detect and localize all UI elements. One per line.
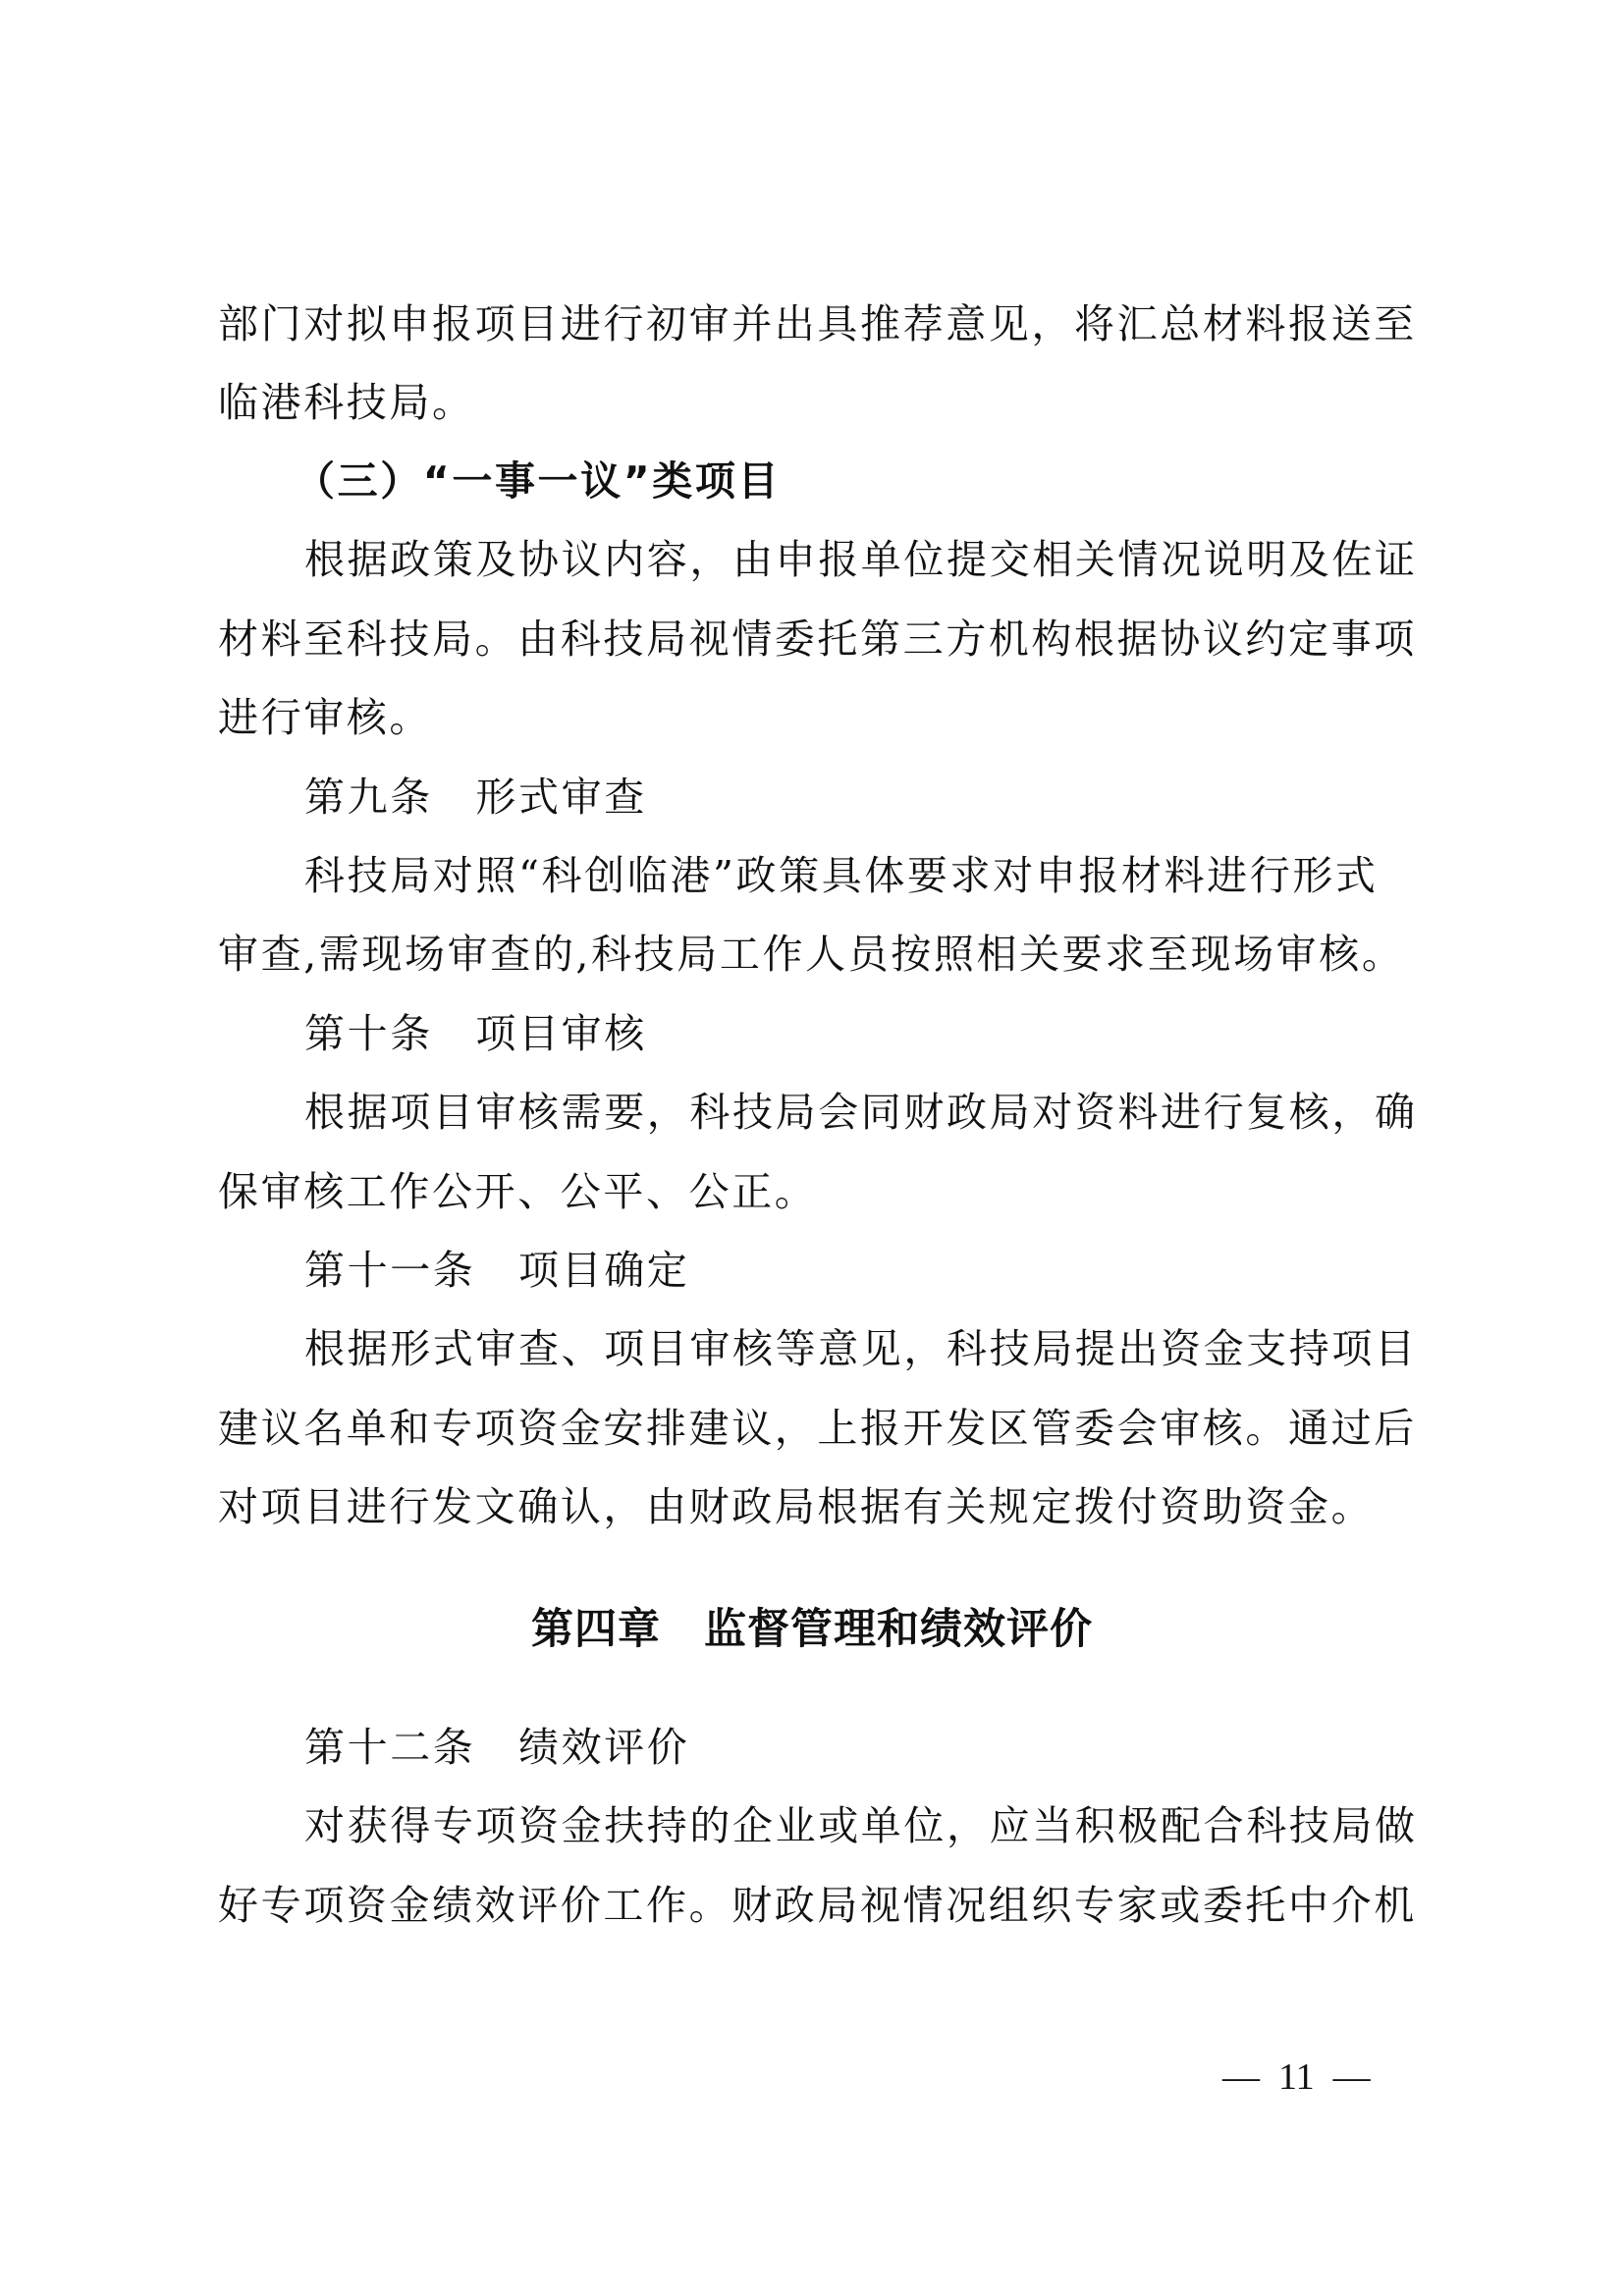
body-text-line: 对获得专项资金扶持的企业或单位，应当积极配合科技局做 bbox=[304, 1802, 1522, 1849]
section-subheading: （三）“一事一议”类项目 bbox=[295, 457, 1512, 505]
article-heading: 第九条 形式审查 bbox=[304, 774, 1522, 821]
body-text-line: 保审核工作公开、公平、公正。 bbox=[218, 1168, 1435, 1215]
body-text-line: 进行审核。 bbox=[218, 694, 1435, 741]
article-heading: 第十条 项目审核 bbox=[304, 1010, 1522, 1057]
body-text-line: 根据形式审查、项目审核等意见，科技局提出资金支持项目 bbox=[304, 1325, 1522, 1372]
body-text-line: 审查,需现场审查的,科技局工作人员按照相关要求至现场审核。 bbox=[218, 931, 1435, 978]
body-text-line: 材料至科技局。由科技局视情委托第三方机构根据协议约定事项 bbox=[218, 615, 1435, 663]
body-text-line: 好专项资金绩效评价工作。财政局视情况组织专家或委托中介机 bbox=[218, 1882, 1435, 1929]
article-heading: 第十二条 绩效评价 bbox=[304, 1724, 1522, 1771]
article-heading: 第十一条 项目确定 bbox=[304, 1247, 1522, 1294]
page-number: — 11 — bbox=[1222, 2056, 1371, 2099]
body-text-line: 建议名单和专项资金安排建议，上报开发区管委会审核。通过后 bbox=[218, 1405, 1435, 1452]
body-text-line: 根据政策及协议内容，由申报单位提交相关情况说明及佐证 bbox=[304, 536, 1522, 583]
chapter-title: 第四章 监督管理和绩效评价 bbox=[0, 1605, 1624, 1654]
document-page: 部门对拟申报项目进行初审并出具推荐意见，将汇总材料报送至 临港科技局。 （三）“… bbox=[0, 0, 1624, 2296]
body-text-line: 对项目进行发文确认，由财政局根据有关规定拨付资助资金。 bbox=[218, 1483, 1435, 1530]
body-text-line: 根据项目审核需要，科技局会同财政局对资料进行复核，确 bbox=[304, 1089, 1522, 1136]
body-text-line: 科技局对照“科创临港”政策具体要求对申报材料进行形式 bbox=[304, 852, 1522, 899]
body-text-line: 临港科技局。 bbox=[218, 379, 1435, 426]
body-text-line: 部门对拟申报项目进行初审并出具推荐意见，将汇总材料报送至 bbox=[218, 300, 1435, 347]
